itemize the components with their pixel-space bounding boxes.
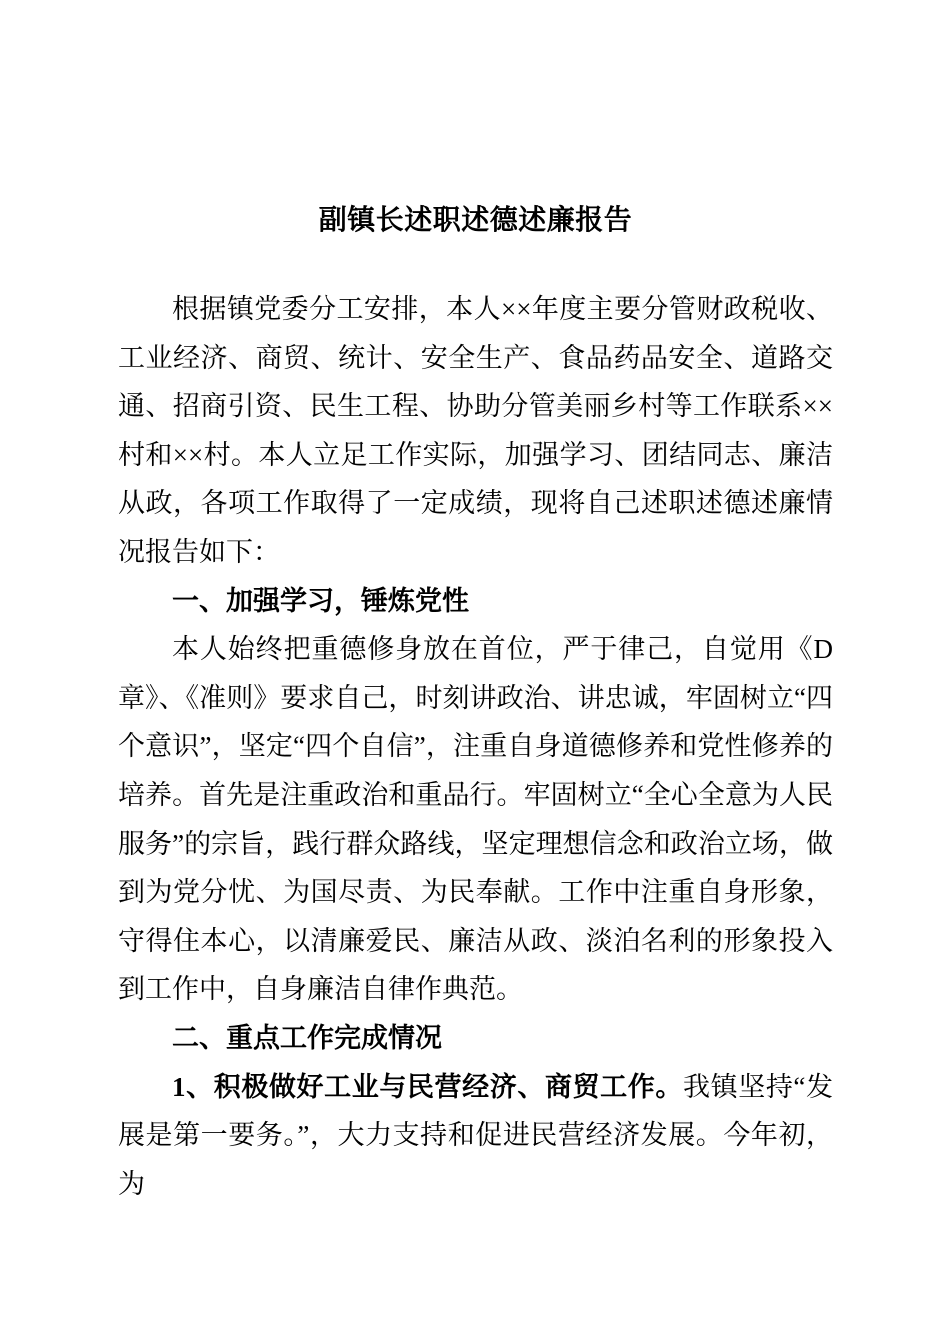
paragraph-section-1: 本人始终把重德修身放在首位，严于律己，自觉用《D章》、《准则》要求自己，时刻讲政…: [118, 625, 833, 1014]
document-content: 副镇长述职述德述廉报告 根据镇党委分工安排，本人××年度主要分管财政税收、工业经…: [118, 0, 833, 1208]
paragraph-intro: 根据镇党委分工安排，本人××年度主要分管财政税收、工业经济、商贸、统计、安全生产…: [118, 285, 833, 577]
document-title: 副镇长述职述德述廉报告: [118, 199, 833, 241]
paragraph-lead-bold: 1、积极做好工业与民营经济、商贸工作。: [172, 1072, 683, 1102]
document-page: 副镇长述职述德述廉报告 根据镇党委分工安排，本人××年度主要分管财政税收、工业经…: [0, 0, 950, 1344]
paragraph-section-2: 1、积极做好工业与民营经济、商贸工作。我镇坚持“发展是第一要务。”，大力支持和促…: [118, 1063, 833, 1209]
section-heading-2: 二、重点工作完成情况: [118, 1014, 833, 1063]
section-heading-1: 一、加强学习，锤炼党性: [118, 577, 833, 626]
